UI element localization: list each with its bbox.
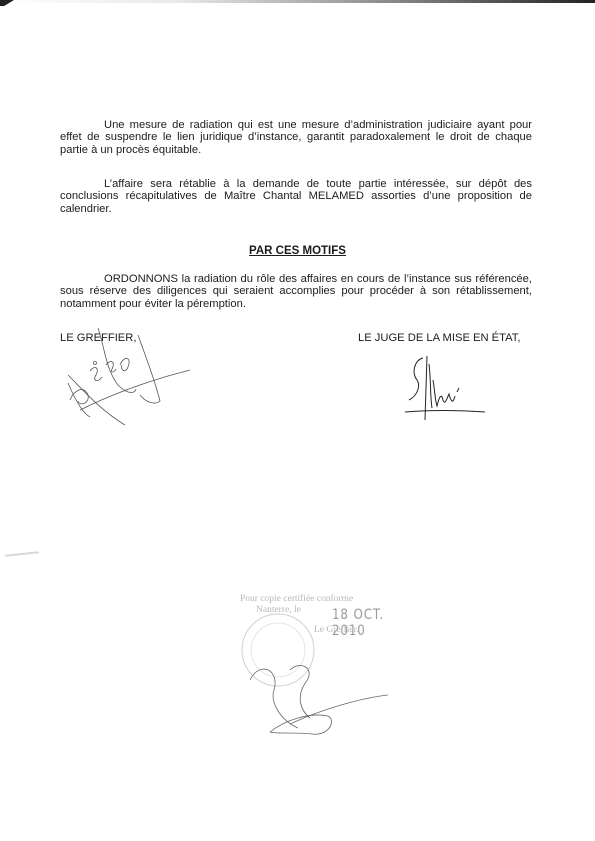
certifying-clerk-signature [240,640,400,740]
clerk-signature [60,325,200,430]
judge-signature-label: LE JUGE DE LA MISE EN ÉTAT, [358,332,520,344]
paragraph-ruling: ORDONNONS la radiation du rôle des affai… [60,273,532,310]
ruling-text: ORDONNONS la radiation du rôle des affai… [60,273,532,310]
paragraph-reinstatement: L’affaire sera rétablie à la demande de … [60,178,532,215]
scan-top-edge [0,0,595,3]
section-heading: PAR CES MOTIFS [0,245,595,257]
scan-side-mark [5,551,39,557]
scan-corner-mark [0,0,14,6]
certification-stamp: Pour copie certifiée conforme Nanterre, … [230,590,430,740]
judge-signature [395,350,490,425]
paragraph-text: L’affaire sera rétablie à la demande de … [60,178,532,215]
stamp-clerk-text: Le Greffier. [314,625,359,635]
stamp-certified-copy-text: Pour copie certifiée conforme [240,594,353,604]
paragraph-radiation-measure: Une mesure de radiation qui est une mesu… [60,119,532,156]
paragraph-text: Une mesure de radiation qui est une mesu… [60,119,532,156]
